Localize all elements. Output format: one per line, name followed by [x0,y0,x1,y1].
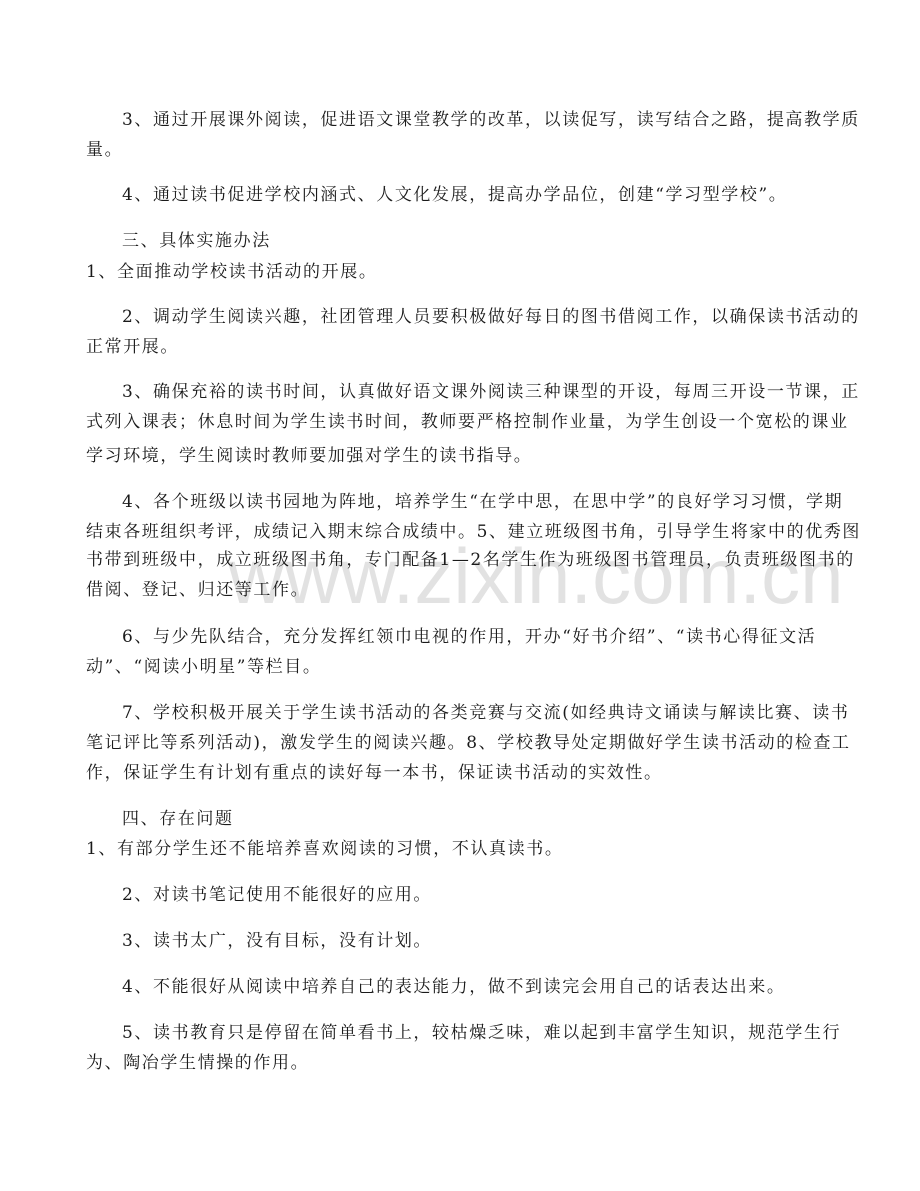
paragraph-problem-2: 2、对读书笔记使用不能很好的应用。 [122,880,836,910]
paragraph-method-6-line-2: 动”、“阅读小明星”等栏目。 [86,652,836,682]
paragraph-method-4-line-3: 书带到班级中，成立班级图书角，专门配备1—2名学生作为班级图书管理员，负责班级图… [86,545,836,575]
paragraph-problem-4: 4、不能很好从阅读中培养自己的表达能力，做不到读完会用自己的话表达出来。 [122,972,836,1002]
section-heading-implementation: 三、具体实施办法 [122,226,836,256]
paragraph-goal-3-line-2: 量。 [86,135,836,165]
paragraph-method-3-line-2: 式列入课表；休息时间为学生读书时间，教师要严格控制作业量，为学生创设一个宽松的课… [86,407,836,437]
paragraph-problem-3: 3、读书太广，没有目标，没有计划。 [122,926,836,956]
paragraph-method-4-line-4: 借阅、登记、归还等工作。 [86,575,836,605]
paragraph-method-2-line-2: 正常开展。 [86,332,836,362]
paragraph-method-7-line-2: 笔记评比等系列活动)，激发学生的阅读兴趣。8、学校教导处定期做好学生读书活动的检… [86,728,836,758]
section-heading-problems: 四、存在问题 [122,804,836,834]
paragraph-method-2-line-1: 2、调动学生阅读兴趣，社团管理人员要积极做好每日的图书借阅工作，以确保读书活动的 [122,302,836,332]
paragraph-goal-3-line-1: 3、通过开展课外阅读，促进语文课堂教学的改革，以读促写，读写结合之路，提高教学质 [122,105,836,135]
paragraph-method-1: 1、全面推动学校读书活动的开展。 [86,257,836,287]
document-page: www.zixin.com.cn 3、通过开展课外阅读，促进语文课堂教学的改革，… [0,0,920,1191]
paragraph-method-6-line-1: 6、与少先队结合，充分发挥红领巾电视的作用，开办“好书介绍”、“读书心得征文活 [122,622,836,652]
paragraph-method-3-line-1: 3、确保充裕的读书时间，认真做好语文课外阅读三种课型的开设，每周三开设一节课，正 [122,377,836,407]
paragraph-problem-1: 1、有部分学生还不能培养喜欢阅读的习惯，不认真读书。 [86,834,836,864]
paragraph-goal-4: 4、通过读书促进学校内涵式、人文化发展，提高办学品位，创建“学习型学校”。 [122,180,836,210]
paragraph-method-7-line-3: 作，保证学生有计划有重点的读好每一本书，保证读书活动的实效性。 [86,758,836,788]
paragraph-method-7-line-1: 7、学校积极开展关于学生读书活动的各类竞赛与交流(如经典诗文诵读与解读比赛、读书 [122,698,836,728]
paragraph-method-4-line-2: 结束各班组织考评，成绩记入期末综合成绩中。5、建立班级图书角，引导学生将家中的优… [86,517,836,547]
paragraph-problem-5-line-1: 5、读书教育只是停留在简单看书上，较枯燥乏味，难以起到丰富学生知识，规范学生行 [122,1018,836,1048]
paragraph-method-3-line-3: 学习环境，学生阅读时教师要加强对学生的读书指导。 [86,441,836,471]
paragraph-method-4-line-1: 4、各个班级以读书园地为阵地，培养学生“在学中思，在思中学”的良好学习习惯，学期 [122,487,836,517]
paragraph-problem-5-line-2: 为、陶冶学生情操的作用。 [86,1048,836,1078]
